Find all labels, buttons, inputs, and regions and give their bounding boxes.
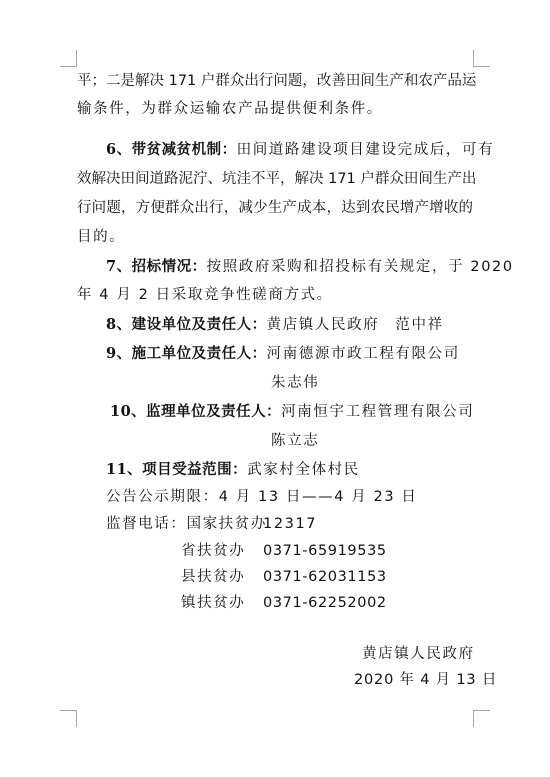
item-text: 田间道路建设项目建设完成后，可有	[237, 142, 495, 158]
phone-office: 镇扶贫办	[181, 594, 245, 612]
phone-number: 12317	[263, 515, 317, 533]
supervision-label: 监督电话：	[106, 516, 187, 532]
phone-number: 0371-65919535	[263, 542, 387, 560]
phone-office: 县扶贫办	[181, 568, 245, 586]
margin-corner-mark-bottom-right	[473, 710, 490, 727]
item-label: 11、项目受益范围：	[106, 461, 247, 478]
item-text: 河南恒宇工程管理有限公司	[281, 404, 474, 420]
item-10: 10、监理单位及责任人：河南恒宇工程管理有限公司	[110, 403, 474, 421]
notice-period-value: 4 月 13 日——4 月 23 日	[219, 489, 418, 505]
phone-office: 省扶贫办	[181, 542, 245, 560]
item-6: 6、带贫减贫机制：田间道路建设项目建设完成后，可有	[106, 141, 494, 159]
item-10-person: 陈立志	[271, 432, 319, 450]
margin-corner-mark-top-left	[60, 50, 77, 67]
item-7-line: 年 4 月 2 日采取竞争性磋商方式。	[77, 286, 333, 304]
item-label: 6、带贫减贫机制：	[106, 141, 237, 158]
item-9: 9、施工单位及责任人：河南德源市政工程有限公司	[106, 345, 460, 363]
margin-corner-mark-top-right	[473, 50, 490, 67]
item-label: 8、建设单位及责任人：	[106, 316, 267, 333]
item-label: 10、监理单位及责任人：	[110, 403, 281, 420]
item-label: 7、招标情况：	[106, 258, 207, 275]
item-6-line: 行问题，方便群众出行，减少生产成本，达到农民增产增收的	[77, 199, 473, 217]
item-text: 河南德源市政工程有限公司	[267, 346, 460, 362]
phone-office: 国家扶贫办	[187, 516, 268, 532]
supervision-phone-row: 监督电话：国家扶贫办	[106, 515, 267, 533]
item-6-line: 效解决田间道路泥泞、坑洼不平，解决 171 户群众田间生产出	[77, 170, 473, 188]
signature-org: 黄店镇人民政府	[362, 645, 475, 663]
margin-corner-mark-bottom-left	[60, 710, 77, 727]
item-8: 8、建设单位及责任人：黄店镇人民政府 范中祥	[106, 316, 444, 334]
phone-number: 0371-62031153	[263, 568, 387, 586]
signature-date: 2020 年 4 月 13 日	[354, 671, 497, 689]
document-page: 平；二是解决 171 户群众出行问题，改善田间生产和农产品运 输条件，为群众运输…	[0, 0, 550, 777]
item-text: 武家村全体村民	[247, 462, 360, 478]
item-6-line: 目的。	[77, 228, 125, 246]
item-text: 黄店镇人民政府 范中祥	[267, 317, 444, 333]
notice-period-label: 公告公示期限：	[106, 489, 219, 505]
item-9-person: 朱志伟	[271, 374, 319, 392]
paragraph-line: 输条件，为群众运输农产品提供便利条件。	[77, 100, 383, 118]
phone-number: 0371-62252002	[263, 594, 387, 612]
item-label: 9、施工单位及责任人：	[106, 345, 267, 362]
notice-period: 公告公示期限：4 月 13 日——4 月 23 日	[106, 488, 418, 506]
paragraph-line: 平；二是解决 171 户群众出行问题，改善田间生产和农产品运	[77, 72, 473, 90]
item-text: 按照政府采购和招投标有关规定，于 2020	[207, 259, 514, 275]
item-7: 7、招标情况：按照政府采购和招投标有关规定，于 2020	[106, 258, 514, 276]
item-11: 11、项目受益范围：武家村全体村民	[106, 461, 360, 479]
